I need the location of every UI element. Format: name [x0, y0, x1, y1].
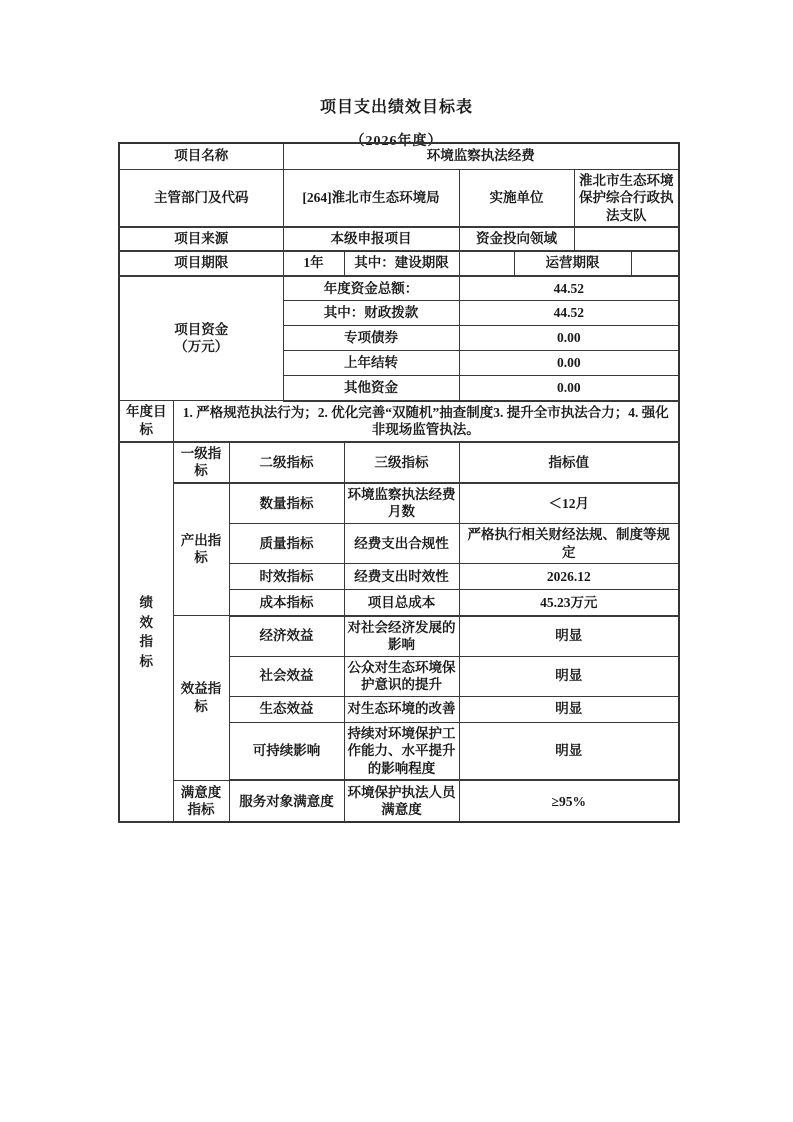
funds-name-cell: 上年结转 — [283, 351, 459, 376]
indicator-l3-cell: 经费支出时效性 — [344, 564, 459, 590]
indicator-l2-cell: 可持续影响 — [229, 722, 344, 780]
indicator-group-cell: 效益指标 — [173, 616, 229, 781]
indicator-value-cell: ≥95% — [459, 780, 679, 822]
indicator-l3-cell: 持续对环境保护工作能力、水平提升的影响程度 — [344, 722, 459, 780]
indicator-value-cell: 明显 — [459, 722, 679, 780]
project-name-label-cell: 项目名称 — [119, 143, 283, 169]
funds-value-cell: 0.00 — [459, 351, 679, 376]
build-period-label-cell: 其中：建设期限 — [344, 251, 459, 276]
funds-label-cell: 项目资金 （万元） — [119, 276, 283, 401]
indicator-value-cell: 严格执行相关财经法规、制度等规定 — [459, 523, 679, 563]
annual-goal-text-cell: 1. 严格规范执法行为；2. 优化完善“双随机”抽查制度3. 提升全市执法合力；… — [173, 401, 679, 442]
indicator-l2-cell: 成本指标 — [229, 590, 344, 616]
indicator-l3-cell: 经费支出合规性 — [344, 523, 459, 563]
indicator-value-cell: ＜12月 — [459, 483, 679, 524]
indicators-side-label-cell: 绩效指标 — [119, 442, 173, 823]
period-value-cell: 1年 — [283, 251, 344, 276]
indicator-header-l2-cell: 二级指标 — [229, 442, 344, 483]
project-name-value-cell: 环境监察执法经费 — [283, 143, 679, 169]
indicator-l2-cell: 经济效益 — [229, 616, 344, 657]
indicators-side-label: 绩效指标 — [139, 593, 153, 671]
build-period-value-cell — [459, 251, 514, 276]
impl-unit-label-cell: 实施单位 — [459, 169, 574, 227]
indicator-l2-cell: 服务对象满意度 — [229, 780, 344, 822]
dept-code-value-cell: [264]淮北市生态环境局 — [283, 169, 459, 227]
indicator-l3-cell: 项目总成本 — [344, 590, 459, 616]
funds-name-cell: 其中：财政拨款 — [283, 301, 459, 326]
indicator-l2-cell: 数量指标 — [229, 483, 344, 524]
indicator-l3-cell: 环境保护执法人员满意度 — [344, 780, 459, 822]
period-label-cell: 项目期限 — [119, 251, 283, 276]
indicator-value-cell: 45.23万元 — [459, 590, 679, 616]
funds-value-cell: 0.00 — [459, 376, 679, 401]
project-source-value-cell: 本级申报项目 — [283, 227, 459, 251]
dept-code-label-cell: 主管部门及代码 — [119, 169, 283, 227]
page-title: 项目支出绩效目标表 — [0, 94, 793, 117]
indicator-l3-cell: 对生态环境的改善 — [344, 696, 459, 722]
indicator-header-l1-cell: 一级指标 — [173, 442, 229, 483]
indicator-l2-cell: 社会效益 — [229, 656, 344, 696]
indicator-l2-cell: 质量指标 — [229, 523, 344, 563]
funds-name-cell: 年度资金总额： — [283, 276, 459, 301]
funds-value-cell: 0.00 — [459, 326, 679, 351]
indicator-header-l3-cell: 三级指标 — [344, 442, 459, 483]
invest-field-label-cell: 资金投向领域 — [459, 227, 574, 251]
funds-value-cell: 44.52 — [459, 276, 679, 301]
indicator-l3-cell: 公众对生态环境保护意识的提升 — [344, 656, 459, 696]
oper-period-label-cell: 运营期限 — [514, 251, 631, 276]
indicator-header-value-cell: 指标值 — [459, 442, 679, 483]
funds-name-cell: 专项债券 — [283, 326, 459, 351]
indicator-value-cell: 明显 — [459, 696, 679, 722]
indicator-value-cell: 明显 — [459, 616, 679, 657]
funds-value-cell: 44.52 — [459, 301, 679, 326]
annual-goal-label-cell: 年度目标 — [119, 401, 173, 442]
impl-unit-value-cell: 淮北市生态环境保护综合行政执法支队 — [574, 169, 679, 227]
performance-target-table: 项目名称 环境监察执法经费 主管部门及代码 [264]淮北市生态环境局 实施单位… — [118, 142, 680, 823]
invest-field-value-cell — [574, 227, 679, 251]
indicator-group-cell: 满意度指标 — [173, 780, 229, 822]
indicator-l3-cell: 对社会经济发展的影响 — [344, 616, 459, 657]
indicator-value-cell: 2026.12 — [459, 564, 679, 590]
indicator-group-cell: 产出指标 — [173, 483, 229, 616]
indicator-l2-cell: 时效指标 — [229, 564, 344, 590]
indicator-value-cell: 明显 — [459, 656, 679, 696]
oper-period-value-cell — [631, 251, 679, 276]
project-source-label-cell: 项目来源 — [119, 227, 283, 251]
indicator-l2-cell: 生态效益 — [229, 696, 344, 722]
indicator-l3-cell: 环境监察执法经费月数 — [344, 483, 459, 524]
funds-name-cell: 其他资金 — [283, 376, 459, 401]
